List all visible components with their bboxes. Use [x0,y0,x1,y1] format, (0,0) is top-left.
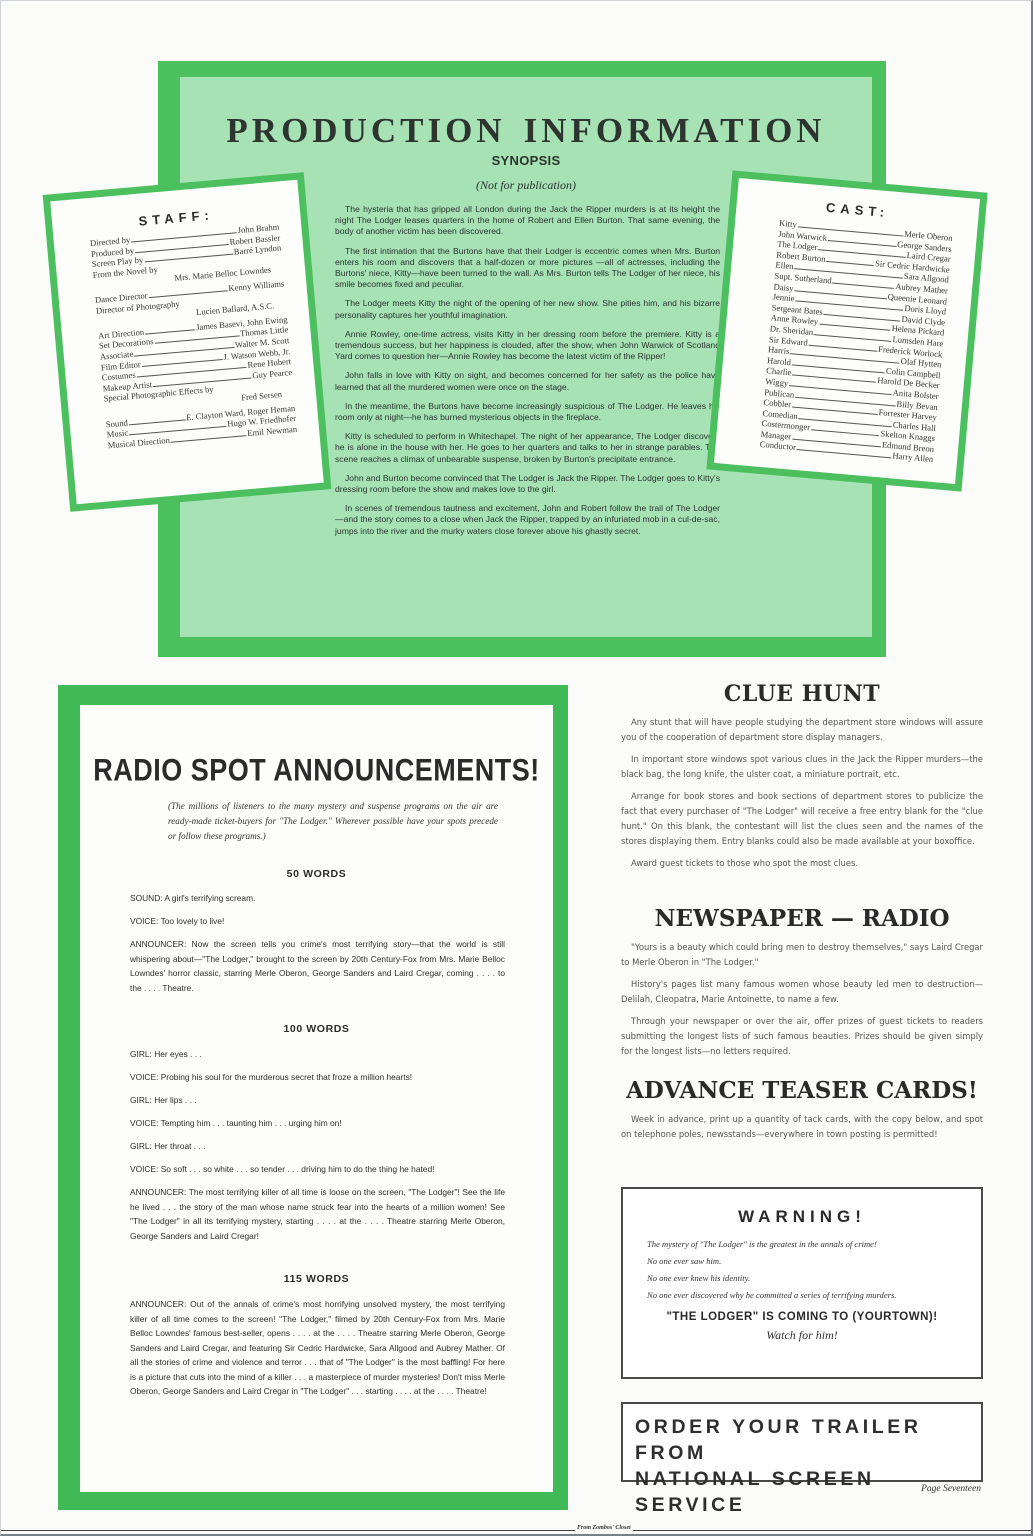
spot-115-lines: ANNOUNCER: Out of the annals of crime's … [130,1297,505,1407]
teaser-cards-section: ADVANCE TEASER CARDS! Week in advance, p… [621,1077,983,1149]
newspaper-radio-paragraph: "Yours is a beauty which could bring men… [621,940,983,970]
spot-line: VOICE: So soft . . . so white . . . so t… [130,1162,505,1177]
staff-card: STAFF: Directed byJohn BrahmProduced byR… [43,172,332,512]
warning-cta: "THE LODGER" IS COMING TO (YOURTOWN)! [623,1311,981,1323]
spot-heading-115: 115 WORDS [80,1273,553,1285]
pressbook-page: PRODUCTIONINFORMATION SYNOPSIS (Not for … [0,0,1033,1536]
spot-line: ANNOUNCER: Now the screen tells you crim… [130,937,505,995]
credit-role: Conductor [759,439,796,453]
leader-line [797,450,892,459]
title-word: INFORMATION [524,111,826,150]
synopsis-paragraph: Annie Rowley, one-time actress, visits K… [335,329,720,363]
spot-line: VOICE: Probing his soul for the murderou… [130,1070,505,1085]
cast-card-inner: CAST: KittyMerle OberonJohn WarwickGeorg… [714,178,980,484]
synopsis-paragraph: John falls in love with Kitty on sight, … [335,370,720,392]
production-information-title: PRODUCTIONINFORMATION [180,111,872,151]
teaser-cards-body: Week in advance, print up a quantity of … [621,1112,983,1142]
newspaper-radio-title: NEWSPAPER — RADIO [621,905,983,932]
source-credit: From Zombos' Closet [1,1525,1031,1535]
order-line-1: ORDER YOUR TRAILER FROM [635,1414,973,1466]
clue-hunt-body: Any stunt that will have people studying… [621,715,983,871]
warning-line: The mystery of "The Lodger" is the great… [647,1239,957,1250]
spot-line: GIRL: Her lips . . . [130,1093,505,1108]
spot-heading-50: 50 WORDS [80,868,553,880]
order-trailer-box: ORDER YOUR TRAILER FROM NATIONAL SCREEN … [621,1402,983,1482]
clue-hunt-paragraph: In important store windows spot various … [621,752,983,782]
radio-spot-intro: (The millions of listeners to the many m… [168,799,498,844]
synopsis-paragraph: Kitty is scheduled to perform in Whitech… [335,431,720,465]
clue-hunt-section: CLUE HUNT Any stunt that will have peopl… [621,681,983,878]
title-word: PRODUCTION [226,111,505,150]
cast-card: CAST: KittyMerle OberonJohn WarwickGeorg… [706,170,987,491]
synopsis-paragraph: In the meantime, the Burtons have become… [335,401,720,423]
synopsis-paragraph: John and Burton become convinced that Th… [335,473,720,495]
footer-rule [1,1530,1031,1531]
radio-spot-inner: RADIO SPOT ANNOUNCEMENTS! (The millions … [80,705,553,1492]
clue-hunt-paragraph: Any stunt that will have people studying… [621,715,983,745]
radio-spot-title: RADIO SPOT ANNOUNCEMENTS! [80,753,553,789]
spot-line: VOICE: Too lovely to live! [130,914,505,929]
leader-line [171,435,247,443]
spot-line: ANNOUNCER: The most terrifying killer of… [130,1185,505,1243]
spot-line: GIRL: Her throat . . . [130,1139,505,1154]
spot-heading-100: 100 WORDS [80,1023,553,1035]
spot-line: SOUND: A girl's terrifying scream. [130,891,505,906]
teaser-paragraph: Week in advance, print up a quantity of … [621,1112,983,1142]
clue-hunt-paragraph: Arrange for book stores and book section… [621,789,983,849]
synopsis-paragraph: In scenes of tremendous tautness and exc… [335,503,720,537]
source-credit-text: From Zombos' Closet [575,1525,633,1531]
radio-spot-panel: RADIO SPOT ANNOUNCEMENTS! (The millions … [58,685,568,1510]
spot-50-lines: SOUND: A girl's terrifying scream.VOICE:… [130,891,505,1004]
synopsis-paragraph: The hysteria that has gripped all London… [335,204,720,238]
warning-line: No one ever saw him. [647,1256,957,1267]
spot-line: VOICE: Tempting him . . . taunting him .… [130,1116,505,1131]
warning-lines: The mystery of "The Lodger" is the great… [647,1239,957,1301]
newspaper-radio-body: "Yours is a beauty which could bring men… [621,940,983,1059]
cast-list: KittyMerle OberonJohn WarwickGeorge Sand… [759,218,953,465]
synopsis-paragraph: The Lodger meets Kitty the night of the … [335,298,720,320]
teaser-cards-title: ADVANCE TEASER CARDS! [621,1077,983,1104]
warning-line: No one ever knew his identity. [647,1273,957,1284]
staff-list: Directed byJohn BrahmProduced byRobert B… [90,222,298,451]
cast-title: CAST: [736,192,978,228]
staff-card-inner: STAFF: Directed byJohn BrahmProduced byR… [50,180,324,504]
clue-hunt-paragraph: Award guest tickets to those who spot th… [621,856,983,871]
warning-line: No one ever discovered why he committed … [647,1290,957,1301]
credit-name: Harry Allen [892,451,934,465]
newspaper-radio-paragraph: History's pages list many famous women w… [621,977,983,1007]
warning-box: WARNING! The mystery of "The Lodger" is … [621,1187,983,1379]
clue-hunt-title: CLUE HUNT [621,681,983,707]
spot-100-lines: GIRL: Her eyes . . .VOICE: Probing his s… [130,1047,505,1252]
newspaper-radio-section: NEWSPAPER — RADIO "Yours is a beauty whi… [621,905,983,1066]
synopsis-heading: SYNOPSIS [180,153,872,168]
synopsis-paragraph: The first intimation that the Burtons ha… [335,246,720,291]
warning-subline: Watch for him! [623,1328,981,1343]
newspaper-radio-paragraph: Through your newspaper or over the air, … [621,1014,983,1059]
page-number: Page Seventeen [921,1484,981,1494]
spot-line: ANNOUNCER: Out of the annals of crime's … [130,1297,505,1399]
warning-title: WARNING! [623,1207,981,1227]
spot-line: GIRL: Her eyes . . . [130,1047,505,1062]
synopsis-body: The hysteria that has gripped all London… [335,204,720,545]
